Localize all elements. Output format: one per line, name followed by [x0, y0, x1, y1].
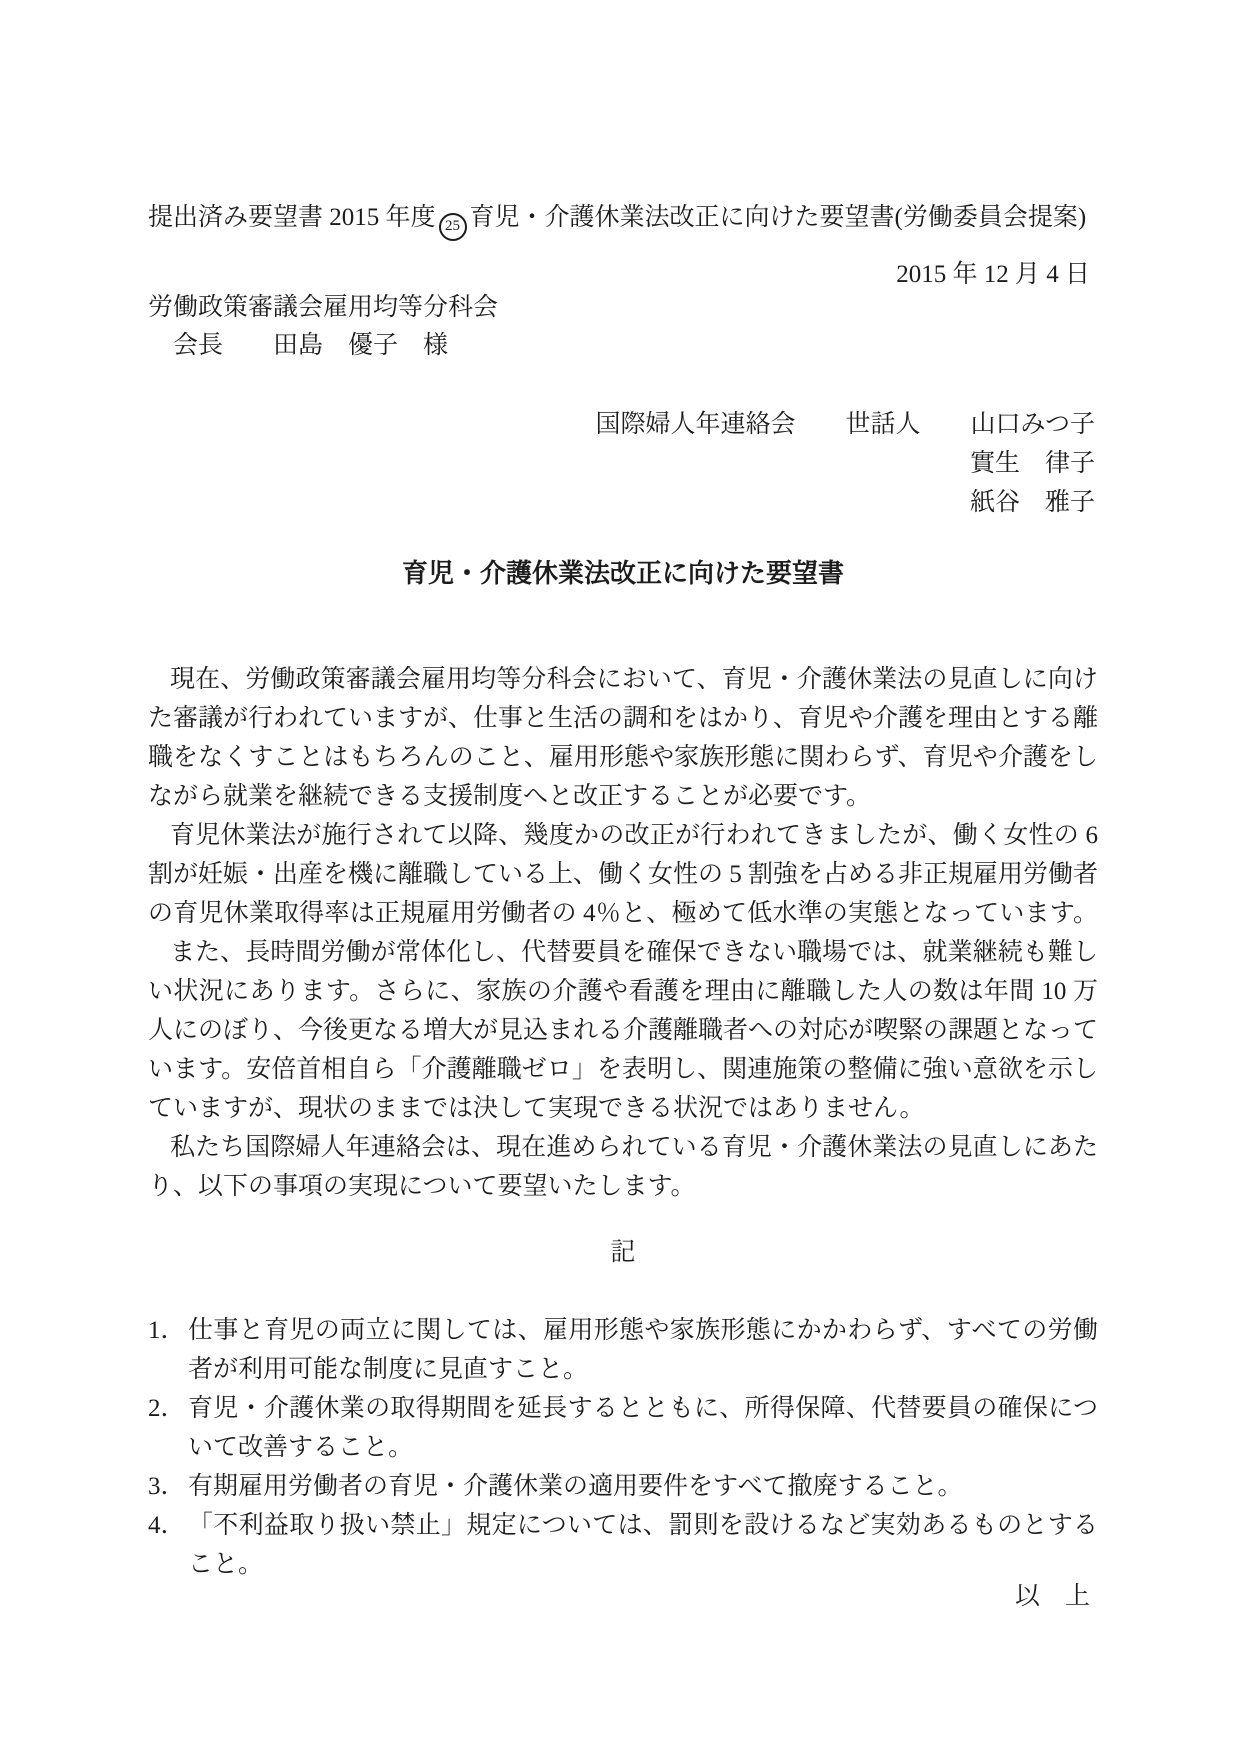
text-line: 育児休業法が施行されて以降、幾度かの改正が行われてきましたが、働く女性の 6 [148, 816, 1098, 855]
request-item-number: 2． [148, 1389, 188, 1428]
addressee-organization: 労働政策審議会雇用均等分科会 [148, 288, 1098, 327]
request-list: 1．仕事と育児の両立に関しては、雇用形態や家族形態にかかわらず、すべての労働者が… [148, 1311, 1098, 1584]
body-paragraph: 育児休業法が施行されて以降、幾度かの改正が行われてきましたが、働く女性の 6割が… [148, 816, 1098, 933]
text-line: り、以下の事項の実現について要望いたします。 [148, 1167, 1098, 1206]
text-line: い状況にあります。さらに、家族の介護や看護を理由に離職した人の数は年間 10 万 [148, 972, 1098, 1011]
submitted-note-suffix: 育児・介護休業法改正に向けた要望書(労働委員会提案) [470, 204, 1087, 231]
sender-line-2: 實生 律子 [148, 444, 1098, 483]
body-paragraph: 現在、労働政策審議会雇用均等分科会において、育児・介護休業法の見直しに向けた審議… [148, 660, 1098, 816]
text-line: 仕事と育児の両立に関しては、雇用形態や家族形態にかかわらず、すべての労働 [188, 1311, 1098, 1350]
text-line: いて改善すること。 [188, 1428, 1098, 1467]
submitted-note-prefix: 提出済み要望書 2015 年度 [148, 204, 436, 231]
text-line: 職をなくすことはもちろんのこと、雇用形態や家族形態に関わらず、育児や介護をし [148, 738, 1098, 777]
text-line: 育児・介護休業の取得期間を延長するとともに、所得保障、代替要員の確保につ [188, 1389, 1098, 1428]
document-page: 提出済み要望書 2015 年度25育児・介護休業法改正に向けた要望書(労働委員会… [0, 0, 1240, 1754]
request-item-text: 育児・介護休業の取得期間を延長するとともに、所得保障、代替要員の確保について改善… [188, 1389, 1098, 1467]
body-paragraph: また、長時間労働が常体化し、代替要員を確保できない職場では、就業継続も難しい状況… [148, 933, 1098, 1128]
sender-line-3: 紙谷 雅子 [148, 483, 1098, 522]
request-item: 4．「不利益取り扱い禁止」規定については、罰則を設けるなど実効あるものとすること… [148, 1506, 1098, 1584]
ki-marker: 記 [148, 1233, 1098, 1272]
text-line: また、長時間労働が常体化し、代替要員を確保できない職場では、就業継続も難し [148, 933, 1098, 972]
request-item-text: 「不利益取り扱い禁止」規定については、罰則を設けるなど実効あるものとすること。 [188, 1506, 1098, 1584]
request-item: 2．育児・介護休業の取得期間を延長するとともに、所得保障、代替要員の確保について… [148, 1389, 1098, 1467]
text-line: の育児休業取得率は正規雇用労働者の 4％と、極めて低水準の実態となっています。 [148, 894, 1098, 933]
body-paragraphs: 現在、労働政策審議会雇用均等分科会において、育児・介護休業法の見直しに向けた審議… [148, 660, 1098, 1206]
request-item-text: 有期雇用労働者の育児・介護休業の適用要件をすべて撤廃すること。 [188, 1467, 1098, 1506]
sender-line-1: 国際婦人年連絡会 世話人 山口みつ子 [148, 405, 1098, 444]
text-line: 者が利用可能な制度に見直すこと。 [188, 1350, 1098, 1389]
text-line: ていますが、現状のままでは決して実現できる状況ではありません。 [148, 1089, 1098, 1128]
text-line: 私たち国際婦人年連絡会は、現在進められている育児・介護休業法の見直しにあた [148, 1128, 1098, 1167]
request-item-number: 4． [148, 1506, 188, 1545]
text-line: 割が妊娠・出産を機に離職している上、働く女性の 5 割強を占める非正規雇用労働者 [148, 855, 1098, 894]
text-line: 人にのぼり、今後更なる増大が見込まれる介護離職者への対応が喫緊の課題となって [148, 1011, 1098, 1050]
request-item: 1．仕事と育児の両立に関しては、雇用形態や家族形態にかかわらず、すべての労働者が… [148, 1311, 1098, 1389]
addressee-person: 会長 田島 優子 様 [173, 326, 1098, 365]
text-line: 有期雇用労働者の育児・介護休業の適用要件をすべて撤廃すること。 [188, 1467, 1098, 1506]
request-item-number: 1． [148, 1311, 188, 1350]
circled-25-badge: 25 [439, 213, 467, 241]
request-item-number: 3． [148, 1467, 188, 1506]
text-line: います。安倍首相自ら「介護離職ゼロ」を表明し、関連施策の整備に強い意欲を示し [148, 1050, 1098, 1089]
request-item-text: 仕事と育児の両立に関しては、雇用形態や家族形態にかかわらず、すべての労働者が利用… [188, 1311, 1098, 1389]
submitted-note-line: 提出済み要望書 2015 年度25育児・介護休業法改正に向けた要望書(労働委員会… [148, 198, 1098, 241]
text-line: 「不利益取り扱い禁止」規定については、罰則を設けるなど実効あるものとする [188, 1506, 1098, 1545]
request-item: 3．有期雇用労働者の育児・介護休業の適用要件をすべて撤廃すること。 [148, 1467, 1098, 1506]
text-line: た審議が行われていますが、仕事と生活の調和をはかり、育児や介護を理由とする離 [148, 699, 1098, 738]
closing-mark: 以 上 [148, 1577, 1098, 1616]
text-line: ながら就業を継続できる支援制度へと改正することが必要です。 [148, 777, 1098, 816]
text-line: 現在、労働政策審議会雇用均等分科会において、育児・介護休業法の見直しに向け [148, 660, 1098, 699]
body-paragraph: 私たち国際婦人年連絡会は、現在進められている育児・介護休業法の見直しにあたり、以… [148, 1128, 1098, 1206]
document-title: 育児・介護休業法改正に向けた要望書 [148, 554, 1098, 593]
